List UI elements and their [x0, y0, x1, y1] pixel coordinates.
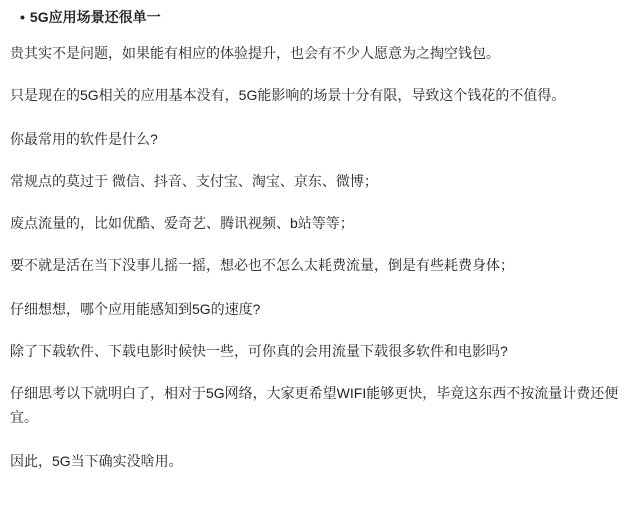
paragraph: 废点流量的，比如优酷、爱奇艺、腾讯视频、b站等等； [10, 211, 620, 235]
paragraph: 要不就是活在当下没事儿摇一摇，想必也不怎么太耗费流量，倒是有些耗费身体； [10, 253, 620, 277]
paragraph: 除了下载软件、下载电影时候快一些，可你真的会用流量下载很多软件和电影吗? [10, 339, 620, 363]
bullet-icon: • [20, 5, 25, 29]
heading-text: 5G应用场景还很单一 [30, 5, 161, 29]
paragraph: 贵其实不是问题，如果能有相应的体验提升，也会有不少人愿意为之掏空钱包。 [10, 41, 620, 65]
paragraph: 仔细思考以下就明白了，相对于5G网络，大家更希望WIFI能够更快，毕竟这东西不按… [10, 381, 620, 429]
article-body: • 5G应用场景还很单一 贵其实不是问题，如果能有相应的体验提升，也会有不少人愿… [0, 0, 630, 473]
paragraph: 你最常用的软件是什么? [10, 127, 620, 151]
bullet-heading: • 5G应用场景还很单一 [10, 5, 620, 29]
paragraph: 因此，5G当下确实没啥用。 [10, 449, 620, 473]
paragraph: 仔细想想，哪个应用能感知到5G的速度? [10, 297, 620, 321]
paragraph: 只是现在的5G相关的应用基本没有，5G能影响的场景十分有限，导致这个钱花的不值得… [10, 83, 620, 107]
paragraph: 常规点的莫过于 微信、抖音、支付宝、淘宝、京东、微博； [10, 169, 620, 193]
